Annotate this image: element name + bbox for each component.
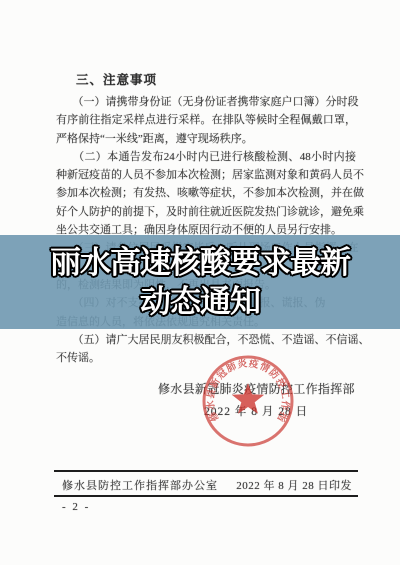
seal-star-icon: [232, 383, 264, 414]
notice-line: 有序前往指定采样点进行采样。在排队等候时全程佩戴口罩，: [56, 111, 356, 129]
notice-line: 参加本次检测；有发热、咳嗽等症状，不参加本次检测，并在做: [56, 184, 356, 202]
notice-line: （二）本通告发布24小时内已进行核酸检测、48小时内接: [56, 148, 356, 166]
footer-bottom-rule: [54, 495, 358, 497]
caption-overlay-band: 丽水高速核酸要求最新 动态通知: [0, 235, 400, 329]
caption-title-line1: 丽水高速核酸要求最新: [0, 243, 400, 283]
footer-print-date: 2022 年 8 月 28 日印发: [236, 477, 352, 493]
svg-text:修水县新冠肺炎疫情防控工作指挥部: 修水县新冠肺炎疫情防控工作指挥部: [200, 353, 292, 424]
notice-line: 种新冠疫苗的人员不参加本次检测；居家监测对象和黄码人员不: [56, 166, 356, 184]
footer-issuing-office: 修水县防控工作指挥部办公室: [62, 477, 218, 493]
seal-ring-text: 修水县新冠肺炎疫情防控工作指挥部: [200, 353, 292, 424]
scanned-notice-page: 三、注意事项 （一）请携带身份证（无身份证者携带家庭户口簿）分时段 有序前往指定…: [0, 0, 400, 565]
notice-line: 好个人防护的前提下，及时前往就近医院发热门诊就诊，避免乘: [56, 203, 356, 221]
section-heading: 三、注意事项: [76, 70, 157, 88]
caption-title-line2: 动态通知: [0, 283, 400, 321]
footer-top-rule: [54, 470, 358, 472]
official-seal-stamp-icon: 修水县新冠肺炎疫情防控工作指挥部: [200, 353, 296, 449]
notice-line: （五）请广大居民朋友积极配合，不恐慌、不造谣、不信谣、: [56, 331, 356, 349]
notice-line: （一）请携带身份证（无身份证者携带家庭户口簿）分时段: [56, 93, 356, 111]
page-number: - 2 -: [62, 501, 90, 513]
notice-line: 严格保持“一米线”距离，遵守现场秩序。: [56, 130, 356, 148]
